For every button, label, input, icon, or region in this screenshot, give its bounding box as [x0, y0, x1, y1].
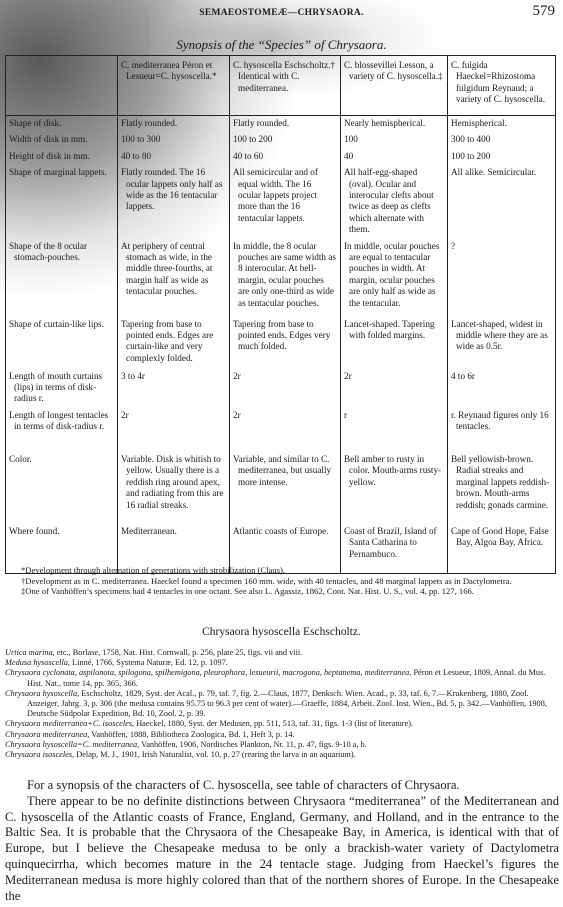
paragraph: For a synopsis of the characters of C. h… — [5, 778, 559, 794]
column-header-blank — [6, 56, 118, 116]
row-label: Width of disk in mm. — [6, 132, 118, 148]
table-cell: Tapering from base to pointed ends. Edge… — [118, 317, 230, 369]
footnote: ‡One of Vanhöffen’s specimens had 4 tent… — [5, 586, 557, 597]
table-cell: Variable. Disk is whitish to yellow. Usu… — [118, 452, 230, 524]
table-cell: 2r — [230, 408, 341, 452]
table-cell: Nearly hemispherical. — [341, 116, 448, 133]
table-cell: 100 to 200 — [448, 149, 556, 165]
table-cell: Tapering from base to pointed ends. Edge… — [230, 317, 341, 369]
section-heading: Chrysaora hysoscella Eschscholtz. — [0, 626, 563, 638]
footnote: *Development through alternation of gene… — [5, 565, 557, 576]
table-cell: 300 to 400 — [448, 132, 556, 148]
citation: , etc., Borlase, 1758, Nat. Hist. Cornwa… — [53, 648, 303, 657]
table-cell: Flatly rounded. — [230, 116, 341, 133]
page-number: 579 — [533, 3, 556, 20]
table-cell: 3 to 4r — [118, 369, 230, 408]
table-title: Synopsis of the “Species” of Chrysaora. — [0, 37, 563, 53]
running-head: SEMAEOSTOMEÆ—CHRYSAORA. — [0, 8, 563, 18]
table-cell: 40 to 80 — [118, 149, 230, 165]
table-row: Height of disk in mm.40 to 8040 to 60401… — [6, 149, 556, 165]
table-cell: ? — [448, 239, 556, 317]
citation: , Vanhöffen, 1906, Nordisches Plankton, … — [137, 740, 367, 749]
synonymy-entry: Chrysaora isosceles, Delap, M. J., 1901,… — [5, 750, 559, 760]
citation: , Eschscholtz, 1829, Syst. der Acal., p.… — [27, 689, 547, 718]
table-cell: Bell amber to rusty in color. Mouth-arms… — [341, 452, 448, 524]
row-label: Shape of disk. — [6, 116, 118, 133]
synonymy-entry: Chrysaora mediterranea+C. isosceles, Hae… — [5, 719, 559, 729]
synopsis-table: C. mediterranea Péron et Lesueur=C. hyso… — [5, 55, 556, 574]
taxon-name: Chrysaora hysoscella=C. mediterranea — [5, 740, 137, 749]
synonymy-entry: Chrysaora cyclonata, aspilonota, spilogo… — [5, 668, 559, 688]
table-cell: Variable, and similar to C. mediterranea… — [230, 452, 341, 524]
table-cell: 2r — [230, 369, 341, 408]
table-cell: All semicircular and of equal width. The… — [230, 165, 341, 238]
row-label: Length of mouth curtains (lips) in terms… — [6, 369, 118, 408]
table-row: Shape of disk.Flatly rounded.Flatly roun… — [6, 116, 556, 133]
table-cell: Flatly rounded. — [118, 116, 230, 133]
table-cell: In middle, ocular pouches are equal to t… — [341, 239, 448, 317]
table-header-row: C. mediterranea Péron et Lesueur=C. hyso… — [6, 56, 556, 116]
table-cell: At periphery of central stomach as wide,… — [118, 239, 230, 317]
table-cell: 100 to 300 — [118, 132, 230, 148]
table-cell: 100 to 200 — [230, 132, 341, 148]
table-cell: 100 — [341, 132, 448, 148]
synonymy-entry: Chrysaora hysoscella, Eschscholtz, 1829,… — [5, 689, 559, 720]
table-cell: Bell yellowish-brown. Radial streaks and… — [448, 452, 556, 524]
row-label: Shape of marginal lappets. — [6, 165, 118, 238]
column-header-blossevillei: C. blossevillei Lesson, a variety of C. … — [341, 56, 448, 116]
taxon-name: Medusa hysoscella — [5, 658, 68, 667]
table-cell: All alike. Semicircular. — [448, 165, 556, 238]
table-row: Shape of curtain-like lips.Tapering from… — [6, 317, 556, 369]
taxon-name: Chrysaora mediterranea+C. isosceles — [5, 719, 132, 728]
synonymy-list: Urtica marina, etc., Borlase, 1758, Nat.… — [5, 648, 559, 760]
row-label: Height of disk in mm. — [6, 149, 118, 165]
table-cell: 4 to 6r — [448, 369, 556, 408]
column-header-fulgida: C. fulgida Haeckel=Rhizostoma fulgidum R… — [448, 56, 556, 116]
column-header-mediterranea: C. mediterranea Péron et Lesueur=C. hyso… — [118, 56, 230, 116]
taxon-name: Chrysaora isosceles — [5, 750, 72, 759]
row-label: Color. — [6, 452, 118, 524]
taxon-name: Urtica marina — [5, 648, 53, 657]
synonymy-entry: Chrysaora mediterranea, Vanhöffen, 1888,… — [5, 730, 559, 740]
table-cell: Lancet-shaped, widest in middle where th… — [448, 317, 556, 369]
row-label: Length of longest tentacles in terms of … — [6, 408, 118, 452]
table-cell: All half-egg-shaped (oval). Ocular and i… — [341, 165, 448, 238]
synonymy-entry: Urtica marina, etc., Borlase, 1758, Nat.… — [5, 648, 559, 658]
table-cell: r. Reynaud figures only 16 tentacles. — [448, 408, 556, 452]
table-row: Shape of marginal lappets.Flatly rounded… — [6, 165, 556, 238]
table-row: Color.Variable. Disk is whitish to yello… — [6, 452, 556, 524]
paragraph: There appear to be no definite distincti… — [5, 794, 559, 905]
citation: , Haeckel, 1880, Syst. der Medusen, pp. … — [132, 719, 413, 728]
table-cell: 40 — [341, 149, 448, 165]
table-cell: Flatly rounded. The 16 ocular lappets on… — [118, 165, 230, 238]
footnote: †Development as in C. mediterranea. Haec… — [5, 576, 557, 587]
row-label: Shape of the 8 ocular stomach-pouches. — [6, 239, 118, 317]
table-row: Shape of the 8 ocular stomach-pouches.At… — [6, 239, 556, 317]
table-cell: In middle, the 8 ocular pouches are same… — [230, 239, 341, 317]
table-row: Width of disk in mm.100 to 300100 to 200… — [6, 132, 556, 148]
row-label: Shape of curtain-like lips. — [6, 317, 118, 369]
body-text: For a synopsis of the characters of C. h… — [5, 778, 559, 904]
citation: , Vanhöffen, 1888, Bibliotheca Zoologica… — [87, 730, 294, 739]
citation: , Linné, 1766, Systema Naturæ, Ed. 12, p… — [68, 658, 228, 667]
table-cell: Hemispherical. — [448, 116, 556, 133]
synonymy-entry: Chrysaora hysoscella=C. mediterranea, Va… — [5, 740, 559, 750]
column-header-hysoscella: C. hysoscella Eschscholtz.† Identical wi… — [230, 56, 341, 116]
table-row: Length of mouth curtains (lips) in terms… — [6, 369, 556, 408]
taxon-name: Chrysaora mediterranea — [5, 730, 87, 739]
table-row: Length of longest tentacles in terms of … — [6, 408, 556, 452]
table-cell: 40 to 60 — [230, 149, 341, 165]
table-cell: r — [341, 408, 448, 452]
footnotes: *Development through alternation of gene… — [5, 565, 557, 597]
table-cell: 2r — [341, 369, 448, 408]
citation: , Delap, M. J., 1901, Irish Naturalist, … — [72, 750, 356, 759]
table-cell: 2r — [118, 408, 230, 452]
taxon-name: Chrysaora cyclonata, aspilonota, spilogo… — [5, 668, 409, 677]
table-cell: Lancet-shaped. Tapering with folded marg… — [341, 317, 448, 369]
synonymy-entry: Medusa hysoscella, Linné, 1766, Systema … — [5, 658, 559, 668]
taxon-name: Chrysaora hysoscella — [5, 689, 77, 698]
